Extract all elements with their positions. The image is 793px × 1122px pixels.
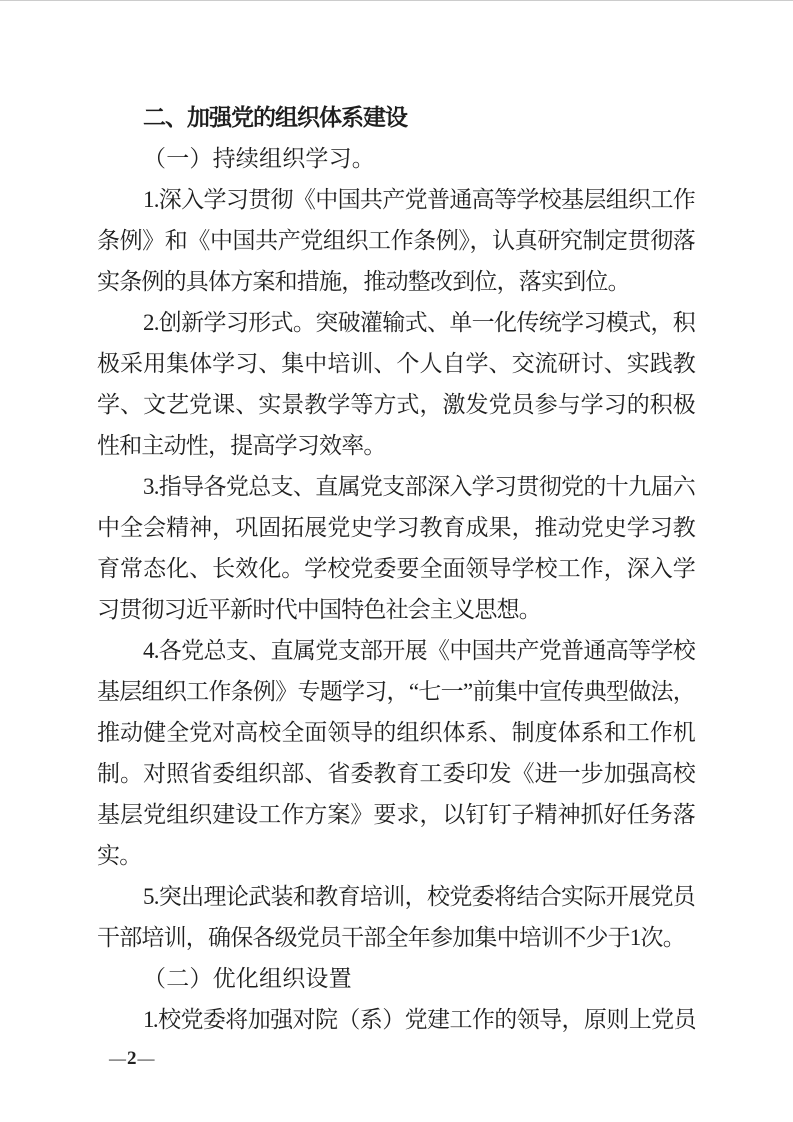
section-heading: 二、加强党的组织体系建设	[97, 97, 695, 138]
paragraph-item-5: 5.突出理论武装和教育培训，校党委将结合实际开展党员干部培训，确保各级党员干部全…	[97, 876, 695, 958]
document-page: 二、加强党的组织体系建设 （一）持续组织学习。 1.深入学习贯彻《中国共产党普通…	[0, 0, 793, 1122]
page-number-dash-left: —	[109, 1047, 126, 1071]
page-number-value: 2	[126, 1047, 138, 1071]
page-number: — 2 —	[109, 1047, 155, 1071]
subsection-heading-2: （二）优化组织设置	[97, 958, 695, 999]
paragraph-item-3: 3.指导各党总支、直属党支部深入学习贯彻党的十九届六中全会精神，巩固拓展党史学习…	[97, 466, 695, 630]
paragraph-item-4: 4.各党总支、直属党支部开展《中国共产党普通高等学校基层组织工作条例》专题学习，…	[97, 630, 695, 876]
paragraph-item-6-partial: 1.校党委将加强对院（系）党建工作的领导，原则上党员	[97, 999, 695, 1040]
paragraph-item-2: 2.创新学习形式。突破灌输式、单一化传统学习模式，积极采用集体学习、集中培训、个…	[97, 302, 695, 466]
page-number-dash-right: —	[138, 1047, 155, 1071]
subsection-heading-1: （一）持续组织学习。	[97, 138, 695, 179]
document-body: 二、加强党的组织体系建设 （一）持续组织学习。 1.深入学习贯彻《中国共产党普通…	[97, 97, 695, 1040]
paragraph-item-1: 1.深入学习贯彻《中国共产党普通高等学校基层组织工作条例》和《中国共产党组织工作…	[97, 179, 695, 302]
